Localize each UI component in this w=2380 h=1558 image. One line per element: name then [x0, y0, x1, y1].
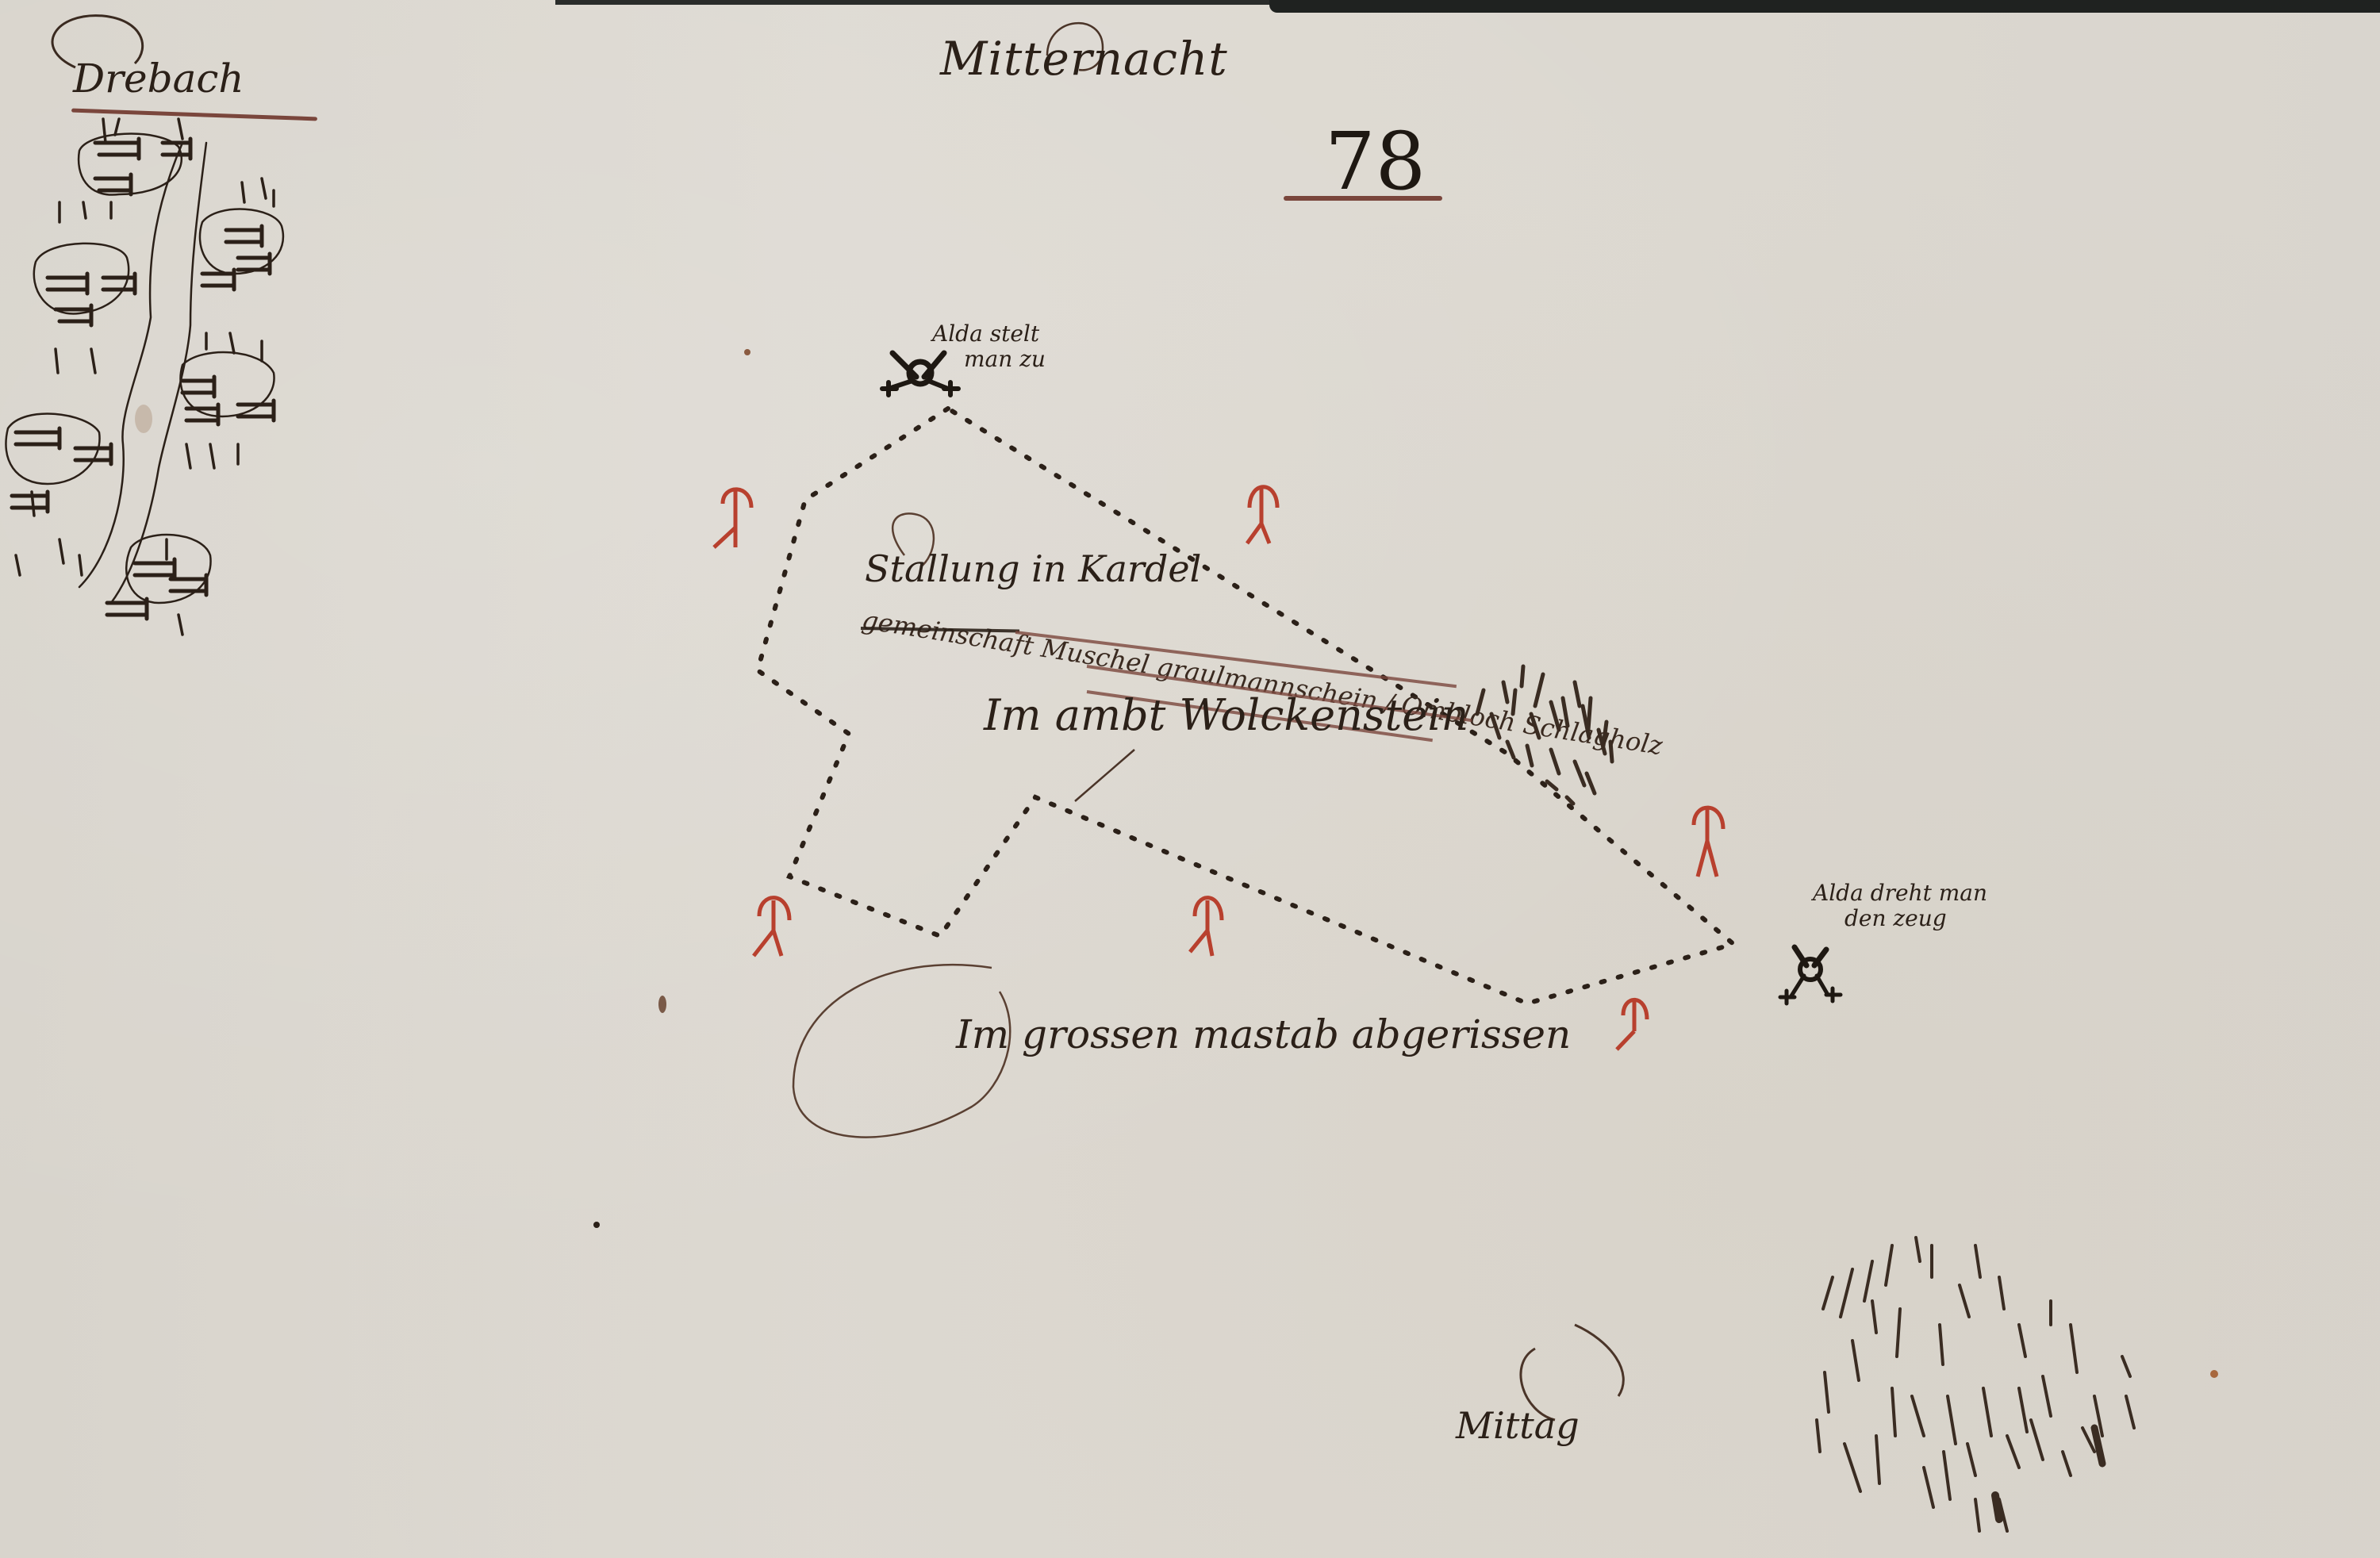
tree-icon — [1617, 1000, 1647, 1050]
paper-speck — [658, 996, 666, 1013]
tree-icon — [1190, 898, 1222, 956]
district-line-1: Stallung in Kardel — [865, 547, 1201, 590]
marker-north-label-line2: man zu — [932, 347, 1046, 372]
survey-marker-icon — [1780, 947, 1841, 1003]
tree-icon — [754, 898, 789, 956]
leader-line — [1075, 750, 1134, 801]
folio-number: 78 — [1325, 115, 1426, 208]
map-drawing — [0, 0, 2380, 1558]
tree-icon — [1247, 487, 1277, 543]
stain — [135, 405, 152, 433]
village-sketch — [6, 119, 282, 635]
paper-speck — [744, 349, 750, 355]
scale-note: Im grossen mastab abgerissen — [956, 1011, 1571, 1057]
village-label: Drebach — [73, 56, 244, 102]
marker-north-label: Alda stelt man zu — [932, 321, 1046, 372]
paper-speck — [593, 1222, 600, 1228]
forest-hatching-large — [1817, 1238, 2134, 1531]
marker-east-label-line2: den zeug — [1813, 906, 1987, 931]
south-label: Mittag — [1456, 1404, 1580, 1447]
tree-icon — [1694, 808, 1723, 877]
manuscript-page: Drebach Mitternacht 78 Alda stelt man zu… — [0, 0, 2380, 1558]
district-line-3: Im ambt Wolckenstein — [984, 690, 1468, 740]
marker-east-label-line1: Alda dreht man — [1813, 881, 1987, 906]
paper-speck — [2210, 1370, 2218, 1378]
folio-underline — [1284, 196, 1442, 201]
north-label: Mitternacht — [940, 32, 1228, 86]
marker-east-label: Alda dreht man den zeug — [1813, 881, 1987, 931]
tree-icon — [714, 489, 751, 547]
marker-north-label-line1: Alda stelt — [932, 321, 1046, 347]
